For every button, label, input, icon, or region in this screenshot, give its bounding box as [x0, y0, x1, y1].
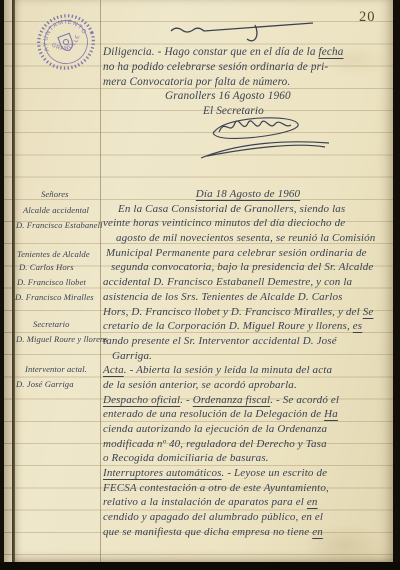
diligencia-note: Diligencia. - Hago constar que en el día… [103, 45, 391, 119]
session-date-text: Día 18 Agosto de 1960 [196, 188, 300, 200]
handwritten-line: o Recogida domiciliaria de basuras. [103, 451, 393, 466]
handwritten-line: Municipal Permanente para celebrar sesió… [103, 246, 393, 261]
ayuntamiento-stamp-icon: AYUNTAMIENTO GRANOLLERS [34, 11, 98, 73]
margin-attendee: Tenientes de Alcalde [17, 249, 90, 259]
margin-attendee: D. Carlos Hors [19, 262, 74, 272]
page-number: 20 [359, 9, 376, 26]
handwritten-line: Hors, D. Francisco llobet y D. Francisco… [103, 305, 393, 320]
handwritten-line: tando presente el Sr. Interventor accide… [103, 334, 393, 349]
place-date-line: Granollers 16 Agosto 1960 [103, 89, 391, 104]
handwritten-line: segunda convocatoria, bajo la presidenci… [103, 260, 393, 275]
handwritten-line: Garriga. [103, 349, 393, 364]
handwritten-line: accidental D. Francisco Estabanell Demes… [103, 275, 393, 290]
handwritten-line: Acta. - Abierta la sesión y leída la min… [103, 363, 393, 378]
handwritten-line: Diligencia. - Hago constar que en el día… [103, 45, 391, 60]
margin-attendee: Alcalde accidental [23, 205, 89, 215]
margin-attendee: D. Francisco Miralles [15, 292, 94, 302]
margin-attendee: D. Francisco llobet [17, 277, 86, 287]
handwritten-line: cendido y apagado del alumbrado público,… [103, 510, 393, 525]
handwritten-line: agosto de mil novecientos sesenta, se re… [103, 231, 393, 246]
handwritten-line: asistencia de los Srs. Tenientes de Alca… [103, 290, 393, 305]
margin-attendee: Secretario [33, 319, 69, 329]
minutes-page: AYUNTAMIENTO GRANOLLERS 20 Diligencia. -… [15, 0, 393, 562]
handwritten-line: mera Convocatoria por falta de número. [103, 75, 391, 90]
margin-attendee: D. Miguel Roure y llorens [16, 334, 108, 344]
previous-page-edge [4, 0, 12, 562]
handwritten-line: FECSA contestación a otro de este Ayunta… [103, 481, 393, 496]
handwritten-line: enterado de una resolución de la Delegac… [103, 407, 393, 422]
session-minutes-body: Día 18 Agosto de 1960 En la Casa Consist… [103, 187, 393, 540]
handwritten-line: modificada nº 40, reguladora del Derecho… [103, 437, 393, 452]
margin-attendee: Interventor actal. [25, 364, 87, 374]
handwritten-line: En la Casa Consistorial de Granollers, s… [103, 202, 393, 217]
scan-bottom-edge [0, 562, 400, 570]
handwritten-line: que se manifiesta que dicha empresa no t… [103, 525, 393, 540]
margin-rule-line [100, 0, 101, 562]
handwritten-line: Interruptores automáticos. - Leyose un e… [103, 466, 393, 481]
margin-attendee: D. José Garriga [16, 379, 74, 389]
handwritten-line: cienda autorizando la ejecución de la Or… [103, 422, 393, 437]
handwritten-line: relativo a la instalación de aparatos pa… [103, 495, 393, 510]
session-date-heading: Día 18 Agosto de 1960 [103, 187, 393, 202]
handwritten-line: no ha podido celebrarse sesión ordinaria… [103, 60, 391, 75]
margin-attendee: D. Francisco Estabanell [16, 220, 103, 230]
scanned-minutes-page: { "page": { "number": "20", "ink_color":… [0, 0, 400, 570]
margin-heading: Señores [41, 189, 69, 199]
handwritten-line: cretario de la Corporación D. Miguel Rou… [103, 319, 393, 334]
secretary-signature-icon [197, 112, 337, 164]
handwritten-line: de la sesión anterior, se acordó aprobar… [103, 378, 393, 393]
handwritten-line: Despacho oficial. - Ordenanza fiscal. - … [103, 393, 393, 408]
handwritten-line: veinte horas veinticinco minutos del día… [103, 216, 393, 231]
